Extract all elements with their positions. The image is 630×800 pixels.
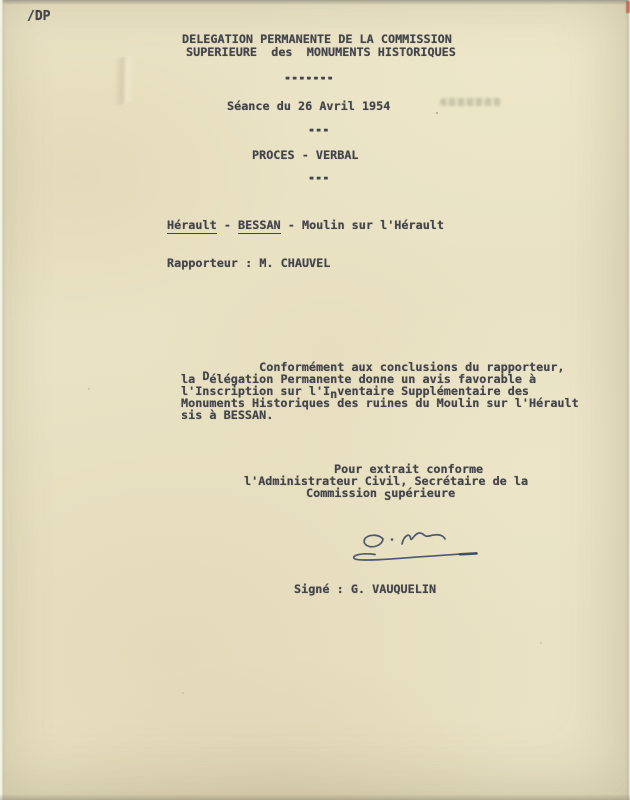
scan-edge-left — [0, 0, 6, 800]
handwritten-signature-icon — [348, 526, 483, 566]
text-segment: upérieure — [391, 486, 455, 500]
paper-speck — [182, 692, 184, 694]
scan-edge-bottom — [0, 794, 630, 800]
separator-dashes-long: ------- — [284, 71, 334, 83]
subject-line: Hérault - BESSAN - Moulin sur l'Hérault — [167, 219, 444, 231]
closing-formula-line3: Commission Supérieure — [306, 487, 455, 499]
separator-dashes-short-2: --- — [308, 171, 329, 183]
corner-reference: /DP — [27, 11, 50, 23]
paper-speck — [88, 388, 90, 390]
text-segment: n — [330, 387, 337, 401]
text-segment: D — [202, 369, 209, 383]
paper-speck — [436, 112, 438, 114]
paper-speck — [540, 642, 542, 644]
decision-paragraph: Conformément aux conclusions du rapporte… — [181, 361, 579, 421]
header-line2: SUPERIEURE des MONUMENTS HISTORIQUES — [186, 46, 456, 58]
header-line1: DELEGATION PERMANENTE DE LA COMMISSION — [182, 33, 452, 45]
text-segment: BESSAN — [238, 218, 281, 234]
scanned-document-page: /DP DELEGATION PERMANENTE DE LA COMMISSI… — [0, 0, 630, 800]
scan-corner-red-mark — [626, 1, 630, 13]
text-segment: - — [217, 218, 238, 232]
faded-stamp-mark — [440, 98, 502, 106]
scan-edge-right — [625, 0, 630, 800]
paragraph-line: sis à BESSAN. — [181, 409, 579, 421]
closing-formula-line2: l'Administrateur Civil, Secrétaire de la — [244, 475, 528, 487]
text-segment: - — [281, 218, 302, 232]
paper-crease — [58, 45, 185, 117]
text-segment: S — [384, 489, 391, 503]
signed-name-line: Signé : G. VAUQUELIN — [294, 583, 436, 595]
text-segment: Moulin sur l'Hérault — [302, 218, 444, 232]
session-date-line: Séance du 26 Avril 1954 — [227, 100, 390, 112]
text-segment: Hérault — [167, 218, 217, 234]
separator-dashes-short-1: --- — [308, 123, 329, 135]
scan-edge-top — [0, 0, 630, 5]
text-segment: Commission — [306, 486, 384, 500]
rapporteur-line: Rapporteur : M. CHAUVEL — [167, 257, 330, 269]
text-segment: sis à BESSAN. — [181, 408, 273, 422]
document-title: PROCES - VERBAL — [252, 149, 359, 161]
